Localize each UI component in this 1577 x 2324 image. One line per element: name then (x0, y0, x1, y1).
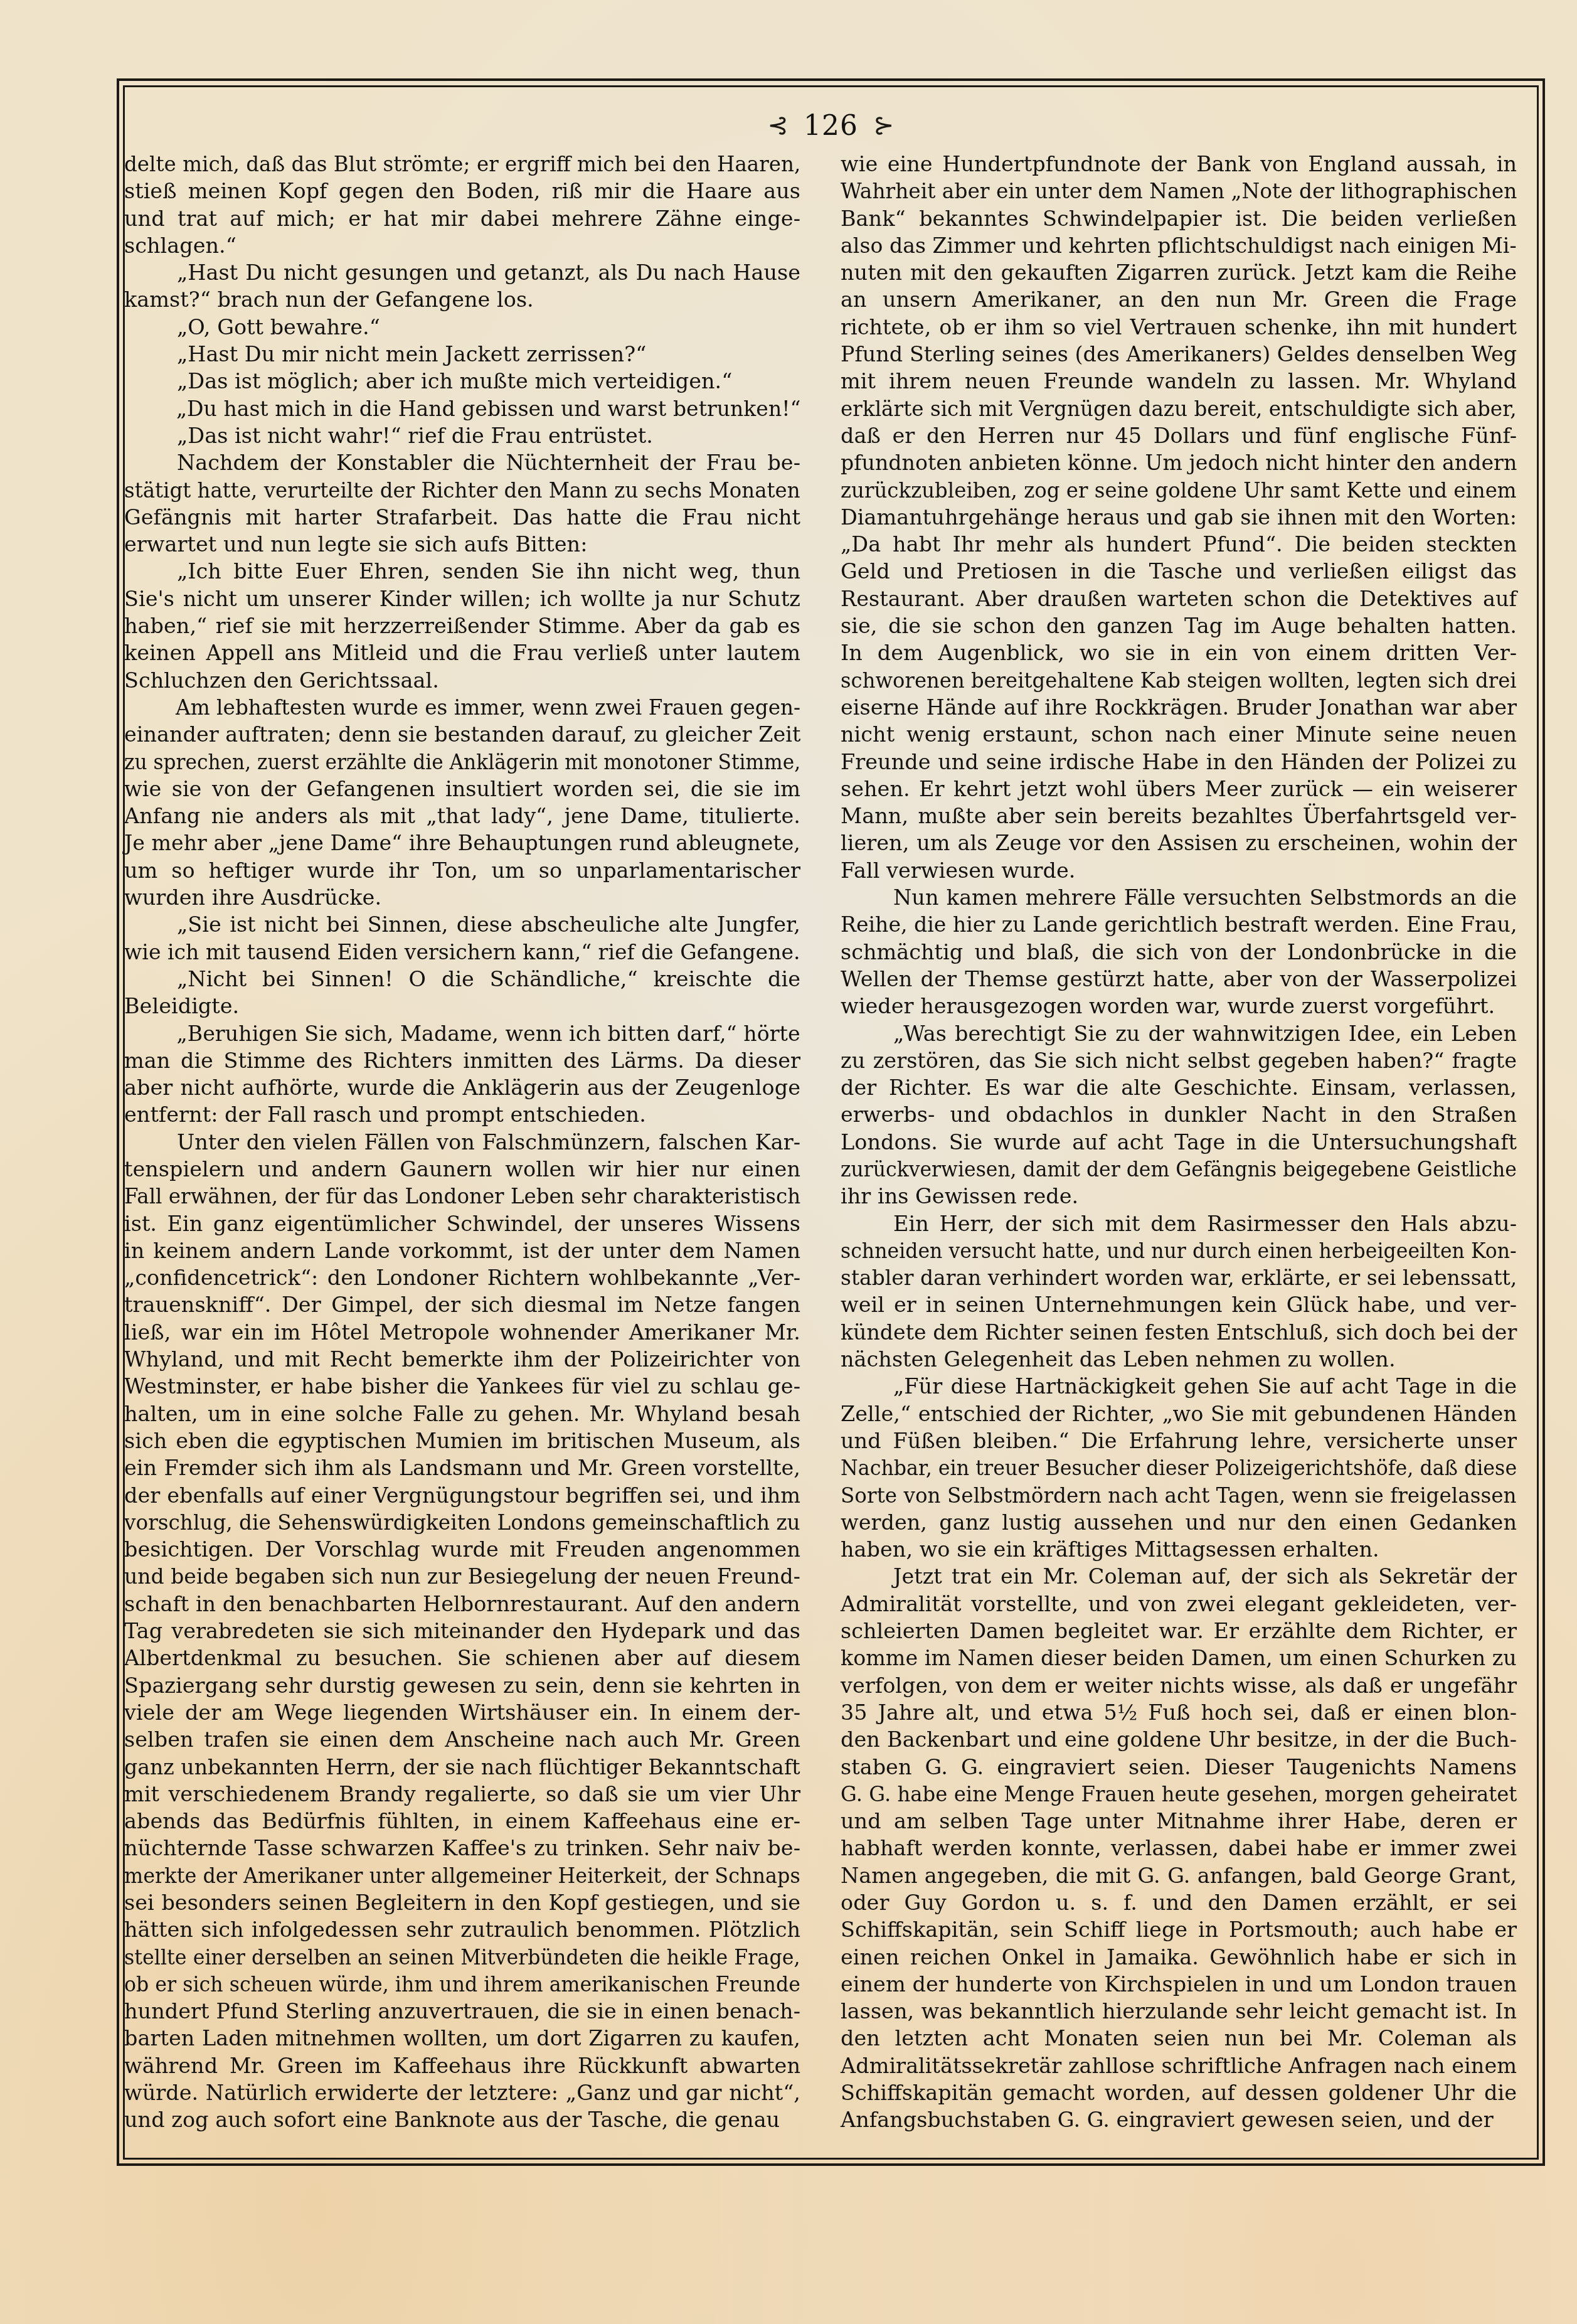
text-line: „Das ist möglich; aber ich mußte mich ve… (124, 368, 800, 395)
text-line: Westminster, er habe bisher die Yankees … (124, 1373, 800, 1400)
text-line: abends das Bedürfnis fühlten, in einem K… (124, 1808, 800, 1835)
text-line: komme im Namen dieser beiden Damen, um e… (841, 1644, 1517, 1671)
text-line: Sorte von Selbstmördern nach acht Tagen,… (841, 1482, 1517, 1509)
text-line: ihr ins Gewissen rede. (841, 1183, 1517, 1210)
text-line: und Füßen bleiben.“ Die Erfahrung lehre,… (841, 1427, 1517, 1454)
text-line: nicht wenig erstaunt, schon nach einer M… (841, 721, 1517, 748)
text-line: „Da habt Ihr mehr als hundert Pfund“. Di… (841, 531, 1517, 558)
text-line: an unsern Amerikaner, an den nun Mr. Gre… (841, 286, 1517, 313)
text-line: mit ihrem neuen Freunde wandeln zu lasse… (841, 368, 1517, 395)
text-line: trauenskniff“. Der Gimpel, der sich dies… (124, 1291, 800, 1318)
text-line: erwerbs- und obdachlos in dunkler Nacht … (841, 1101, 1517, 1128)
text-line: Namen angegeben, die mit G. G. anfangen,… (841, 1862, 1517, 1889)
paragraph: delte mich, daß das Blut strömte; er erg… (124, 151, 800, 259)
paragraph: „Sie ist nicht bei Sinnen, diese abscheu… (124, 911, 800, 966)
text-line: erwartet und nun legte sie sich aufs Bit… (124, 531, 800, 558)
text-line: hundert Pfund Sterling anzuvertrauen, di… (124, 1998, 800, 2025)
text-line: zurückverwiesen, damit der dem Gefängnis… (841, 1156, 1517, 1183)
text-line: haben,“ rief sie mit herzzerreißender St… (124, 612, 800, 639)
text-line: ob er sich scheuen würde, ihm und ihrem … (124, 1971, 800, 1998)
text-line: tenspielern und andern Gaunern wollen wi… (124, 1156, 800, 1183)
text-line: kündete dem Richter seinen festen Entsch… (841, 1319, 1517, 1346)
text-line: wurden ihre Ausdrücke. (124, 884, 800, 911)
text-line: „Hast Du mir nicht mein Jackett zerrisse… (124, 341, 800, 368)
text-line: Tag verabredeten sie sich miteinander de… (124, 1618, 800, 1644)
paragraph: Jetzt trat ein Mr. Coleman auf, der sich… (841, 1563, 1517, 2133)
paragraph: „Ich bitte Euer Ehren, senden Sie ihn ni… (124, 558, 800, 693)
text-line: Reihe, die hier zu Lande gerichtlich bes… (841, 911, 1517, 938)
text-line: Restaurant. Aber draußen warteten schon … (841, 585, 1517, 612)
text-line: Londons. Sie wurde auf acht Tage in die … (841, 1129, 1517, 1156)
text-line: nüchternde Tasse schwarzen Kaffee's zu t… (124, 1835, 800, 1862)
paragraph: „Für diese Hartnäckigkeit gehen Sie auf … (841, 1373, 1517, 1563)
text-line: Unter den vielen Fällen von Falschmünzer… (124, 1129, 800, 1156)
text-line: wie ich mit tausend Eiden versichern kan… (124, 939, 800, 966)
text-line: besichtigen. Der Vorschlag wurde mit Fre… (124, 1536, 800, 1563)
text-line: um so heftiger wurde ihr Ton, um so unpa… (124, 857, 800, 884)
text-line: Albertdenkmal zu besuchen. Sie schienen … (124, 1644, 800, 1671)
text-column-right: wie eine Hundertpfundnote der Bank von E… (841, 151, 1517, 2134)
page-header: ⊰ 126 ⊱ (123, 107, 1539, 144)
text-line: Geld und Pretiosen in die Tasche und ver… (841, 558, 1517, 585)
text-line: barten Laden mitnehmen wollten, um dort … (124, 2025, 800, 2052)
text-line: Bank“ bekanntes Schwindelpapier ist. Die… (841, 205, 1517, 232)
text-line: 35 Jahre alt, und etwa 5½ Fuß hoch sei, … (841, 1699, 1517, 1726)
text-line: wie eine Hundertpfundnote der Bank von E… (841, 151, 1517, 178)
text-line: stätigt hatte, verurteilte der Richter d… (124, 477, 800, 504)
text-line: sich eben die egyptischen Mumien im brit… (124, 1427, 800, 1454)
text-line: Sie's nicht um unserer Kinder willen; ic… (124, 585, 800, 612)
text-line: weil er in seinen Unternehmungen kein Gl… (841, 1291, 1517, 1318)
text-line: Spaziergang sehr durstig gewesen zu sein… (124, 1672, 800, 1699)
text-line: selben trafen sie einen dem Anscheine na… (124, 1726, 800, 1753)
text-line: Diamantuhrgehänge heraus und gab sie ihn… (841, 504, 1517, 531)
text-line: sehen. Er kehrt jetzt wohl übers Meer zu… (841, 776, 1517, 802)
text-line: viele der am Wege liegenden Wirtshäuser … (124, 1699, 800, 1726)
text-line: Whyland, und mit Recht bemerkte ihm der … (124, 1346, 800, 1373)
paragraph: wie eine Hundertpfundnote der Bank von E… (841, 151, 1517, 884)
paragraph: „Was berechtigt Sie zu der wahnwitzigen … (841, 1020, 1517, 1210)
paragraph: „Beruhigen Sie sich, Madame, wenn ich bi… (124, 1020, 800, 1129)
text-line: den letzten acht Monaten seien nun bei M… (841, 2025, 1517, 2052)
text-line: nächsten Gelegenheit das Leben nehmen zu… (841, 1346, 1517, 1373)
text-line: man die Stimme des Richters inmitten des… (124, 1047, 800, 1074)
text-line: der Richter. Es war die alte Geschichte.… (841, 1074, 1517, 1101)
paragraph: Nun kamen mehrere Fälle versuchten Selbs… (841, 884, 1517, 1020)
text-line: richtete, ob er ihm so viel Vertrauen sc… (841, 314, 1517, 341)
paragraph: „Nicht bei Sinnen! O die Schändliche,“ k… (124, 966, 800, 1020)
text-line: delte mich, daß das Blut strömte; er erg… (124, 151, 800, 178)
text-line: Nachdem der Konstabler die Nüchternheit … (124, 449, 800, 476)
text-line: aber nicht aufhörte, wurde die Anklägeri… (124, 1074, 800, 1101)
text-line: schleierten Damen begleitet war. Er erzä… (841, 1618, 1517, 1644)
text-line: Wahrheit aber ein unter dem Namen „Note … (841, 178, 1517, 205)
text-line: „O, Gott bewahre.“ (124, 314, 800, 341)
text-line: keinen Appell ans Mitleid und die Frau v… (124, 639, 800, 666)
text-line: „Sie ist nicht bei Sinnen, diese abscheu… (124, 911, 800, 938)
text-line: Schiffskapitän, sein Schiff liege in Por… (841, 1916, 1517, 1943)
text-line: einander auftraten; denn sie bestanden d… (124, 721, 800, 748)
text-line: Nachbar, ein treuer Besucher dieser Poli… (841, 1454, 1517, 1481)
text-line: lieren, um als Zeuge vor den Assisen zu … (841, 829, 1517, 856)
text-line: Anfangsbuchstaben G. G. eingraviert gewe… (841, 2106, 1517, 2133)
text-line: Nun kamen mehrere Fälle versuchten Selbs… (841, 884, 1517, 911)
text-line: stabler daran verhindert worden war, erk… (841, 1264, 1517, 1291)
text-line: „Nicht bei Sinnen! O die Schändliche,“ k… (124, 966, 800, 993)
text-line: Mann, mußte aber sein bereits bezahltes … (841, 802, 1517, 829)
paragraph: „Das ist möglich; aber ich mußte mich ve… (124, 368, 800, 395)
text-line: also das Zimmer und kehrten pflichtschul… (841, 232, 1517, 259)
text-line: und zog auch sofort eine Banknote aus de… (124, 2106, 800, 2133)
text-line: Pfund Sterling seines (des Amerikaners) … (841, 341, 1517, 368)
text-line: erklärte sich mit Vergnügen dazu bereit,… (841, 395, 1517, 422)
text-line: Wellen der Themse gestürzt hatte, aber v… (841, 966, 1517, 993)
text-line: habhaft werden konnte, verlassen, dabei … (841, 1835, 1517, 1862)
text-line: Zelle,“ entschied der Richter, „wo Sie m… (841, 1400, 1517, 1427)
text-line: Admiralitätssekretär zahllose schriftlic… (841, 2052, 1517, 2079)
paragraph: „Das ist nicht wahr!“ rief die Frau entr… (124, 422, 800, 449)
text-column-left: delte mich, daß das Blut strömte; er erg… (124, 151, 800, 2134)
text-line: und am selben Tage unter Mitnahme ihrer … (841, 1808, 1517, 1835)
paragraph: Unter den vielen Fällen von Falschmünzer… (124, 1129, 800, 2134)
text-line: eiserne Hände auf ihre Rockkrägen. Brude… (841, 694, 1517, 721)
text-line: zurückzubleiben, zog er seine goldene Uh… (841, 477, 1517, 504)
text-line: „Für diese Hartnäckigkeit gehen Sie auf … (841, 1373, 1517, 1400)
text-line: ist. Ein ganz eigentümlicher Schwindel, … (124, 1210, 800, 1237)
text-line: verfolgen, von dem er weiter nichts wiss… (841, 1672, 1517, 1699)
ornament-left-icon: ⊰ (767, 113, 788, 138)
text-line: werden, ganz lustig aussehen und nur den… (841, 1509, 1517, 1536)
text-line: Fall verwiesen wurde. (841, 857, 1517, 884)
text-line: Admiralität vorstellte, und von zwei ele… (841, 1591, 1517, 1618)
text-line: „confidencetrick“: den Londoner Richtern… (124, 1264, 800, 1291)
text-line: G. G. habe eine Menge Frauen heute geseh… (841, 1781, 1517, 1808)
text-line: „Ich bitte Euer Ehren, senden Sie ihn ni… (124, 558, 800, 585)
text-line: stieß meinen Kopf gegen den Boden, riß m… (124, 178, 800, 205)
text-line: einem der hunderte von Kirchspielen in u… (841, 1971, 1517, 1998)
text-line: den Backenbart und eine goldene Uhr besi… (841, 1726, 1517, 1753)
text-line: Gefängnis mit harter Strafarbeit. Das ha… (124, 504, 800, 531)
text-line: „Das ist nicht wahr!“ rief die Frau entr… (124, 422, 800, 449)
text-line: während Mr. Green im Kaffeehaus ihre Rüc… (124, 2052, 800, 2079)
text-line: stellte einer derselben an seinen Mitver… (124, 1944, 800, 1971)
text-line: Schluchzen den Gerichtssaal. (124, 667, 800, 694)
text-line: „Was berechtigt Sie zu der wahnwitzigen … (841, 1020, 1517, 1047)
text-line: haben, wo sie ein kräftiges Mittagsessen… (841, 1536, 1517, 1563)
text-line: Je mehr aber „jene Dame“ ihre Behauptung… (124, 829, 800, 856)
text-line: schworenen bereitgehaltene Kab steigen w… (841, 667, 1517, 694)
text-line: Fall erwähnen, der für das Londoner Lebe… (124, 1183, 800, 1210)
text-line: „Du hast mich in die Hand gebissen und w… (124, 395, 800, 422)
text-line: wie sie von der Gefangenen insultiert wo… (124, 776, 800, 802)
text-line: Ein Herr, der sich mit dem Rasirmesser d… (841, 1210, 1517, 1237)
paragraph: „Hast Du nicht gesungen und getanzt, als… (124, 259, 800, 314)
text-line: zu sprechen, zuerst erzählte die Ankläge… (124, 749, 800, 776)
text-line: entfernt: der Fall rasch und prompt ents… (124, 1101, 800, 1128)
text-line: Schiffskapitän gemacht worden, auf desse… (841, 2079, 1517, 2106)
paragraph: Ein Herr, der sich mit dem Rasirmesser d… (841, 1210, 1517, 1373)
text-line: zu zerstören, das Sie sich nicht selbst … (841, 1047, 1517, 1074)
page-number: 126 (804, 110, 858, 142)
text-line: halten, um in eine solche Falle zu gehen… (124, 1400, 800, 1427)
text-line: merkte der Amerikaner unter allgemeiner … (124, 1862, 800, 1889)
text-line: in keinem andern Lande vorkommt, ist der… (124, 1237, 800, 1264)
text-line: ließ, war ein im Hôtel Metropole wohnend… (124, 1319, 800, 1346)
text-line: vorschlug, die Sehenswürdigkeiten London… (124, 1509, 800, 1536)
text-line: nuten mit den gekauften Zigarren zurück.… (841, 259, 1517, 286)
text-line: und beide begaben sich nun zur Besiegelu… (124, 1563, 800, 1590)
text-line: einen reichen Onkel in Jamaika. Gewöhnli… (841, 1944, 1517, 1971)
text-line: sei besonders seinen Begleitern in den K… (124, 1889, 800, 1916)
text-line: wieder herausgezogen worden war, wurde z… (841, 993, 1517, 1020)
text-line: schlagen.“ (124, 232, 800, 259)
text-line: staben G. G. eingraviert seien. Dieser T… (841, 1754, 1517, 1781)
text-line: Freunde und seine irdische Habe in den H… (841, 749, 1517, 776)
text-line: In dem Augenblick, wo sie in ein von ein… (841, 639, 1517, 666)
text-line: der ebenfalls auf einer Vergnügungstour … (124, 1482, 800, 1509)
paragraph: „Hast Du mir nicht mein Jackett zerrisse… (124, 341, 800, 368)
text-line: „Beruhigen Sie sich, Madame, wenn ich bi… (124, 1020, 800, 1047)
text-line: schaft in den benachbarten Helbornrestau… (124, 1591, 800, 1618)
text-line: schneiden versucht hatte, und nur durch … (841, 1237, 1517, 1264)
text-line: würde. Natürlich erwiderte der letztere:… (124, 2079, 800, 2106)
paragraph: „O, Gott bewahre.“ (124, 314, 800, 341)
text-line: ein Fremder sich ihm als Landsmann und M… (124, 1454, 800, 1481)
text-line: lassen, was bekanntlich hierzulande sehr… (841, 1998, 1517, 2025)
text-line: Jetzt trat ein Mr. Coleman auf, der sich… (841, 1563, 1517, 1590)
text-line: „Hast Du nicht gesungen und getanzt, als… (124, 259, 800, 286)
text-line: kamst?“ brach nun der Gefangene los. (124, 286, 800, 313)
text-line: mit verschiedenem Brandy regalierte, so … (124, 1781, 800, 1808)
text-line: Anfang nie anders als mit „that lady“, j… (124, 802, 800, 829)
paragraph: Nachdem der Konstabler die Nüchternheit … (124, 449, 800, 558)
text-line: oder Guy Gordon u. s. f. und den Damen e… (841, 1889, 1517, 1916)
paragraph: „Du hast mich in die Hand gebissen und w… (124, 395, 800, 422)
paragraph: Am lebhaftesten wurde es immer, wenn zwe… (124, 694, 800, 911)
text-line: daß er den Herren nur 45 Dollars und fün… (841, 422, 1517, 449)
text-line: Beleidigte. (124, 993, 800, 1020)
text-line: und trat auf mich; er hat mir dabei mehr… (124, 205, 800, 232)
text-line: Am lebhaftesten wurde es immer, wenn zwe… (124, 694, 800, 721)
text-line: schmächtig und blaß, die sich von der Lo… (841, 939, 1517, 966)
text-line: pfundnoten anbieten könne. Um jedoch nic… (841, 449, 1517, 476)
text-line: hätten sich infolgedessen sehr zutraulic… (124, 1916, 800, 1943)
text-line: ganz unbekannten Herrn, der sie nach flü… (124, 1754, 800, 1781)
text-line: sie, die sie schon den ganzen Tag im Aug… (841, 612, 1517, 639)
ornament-right-icon: ⊱ (873, 113, 895, 138)
